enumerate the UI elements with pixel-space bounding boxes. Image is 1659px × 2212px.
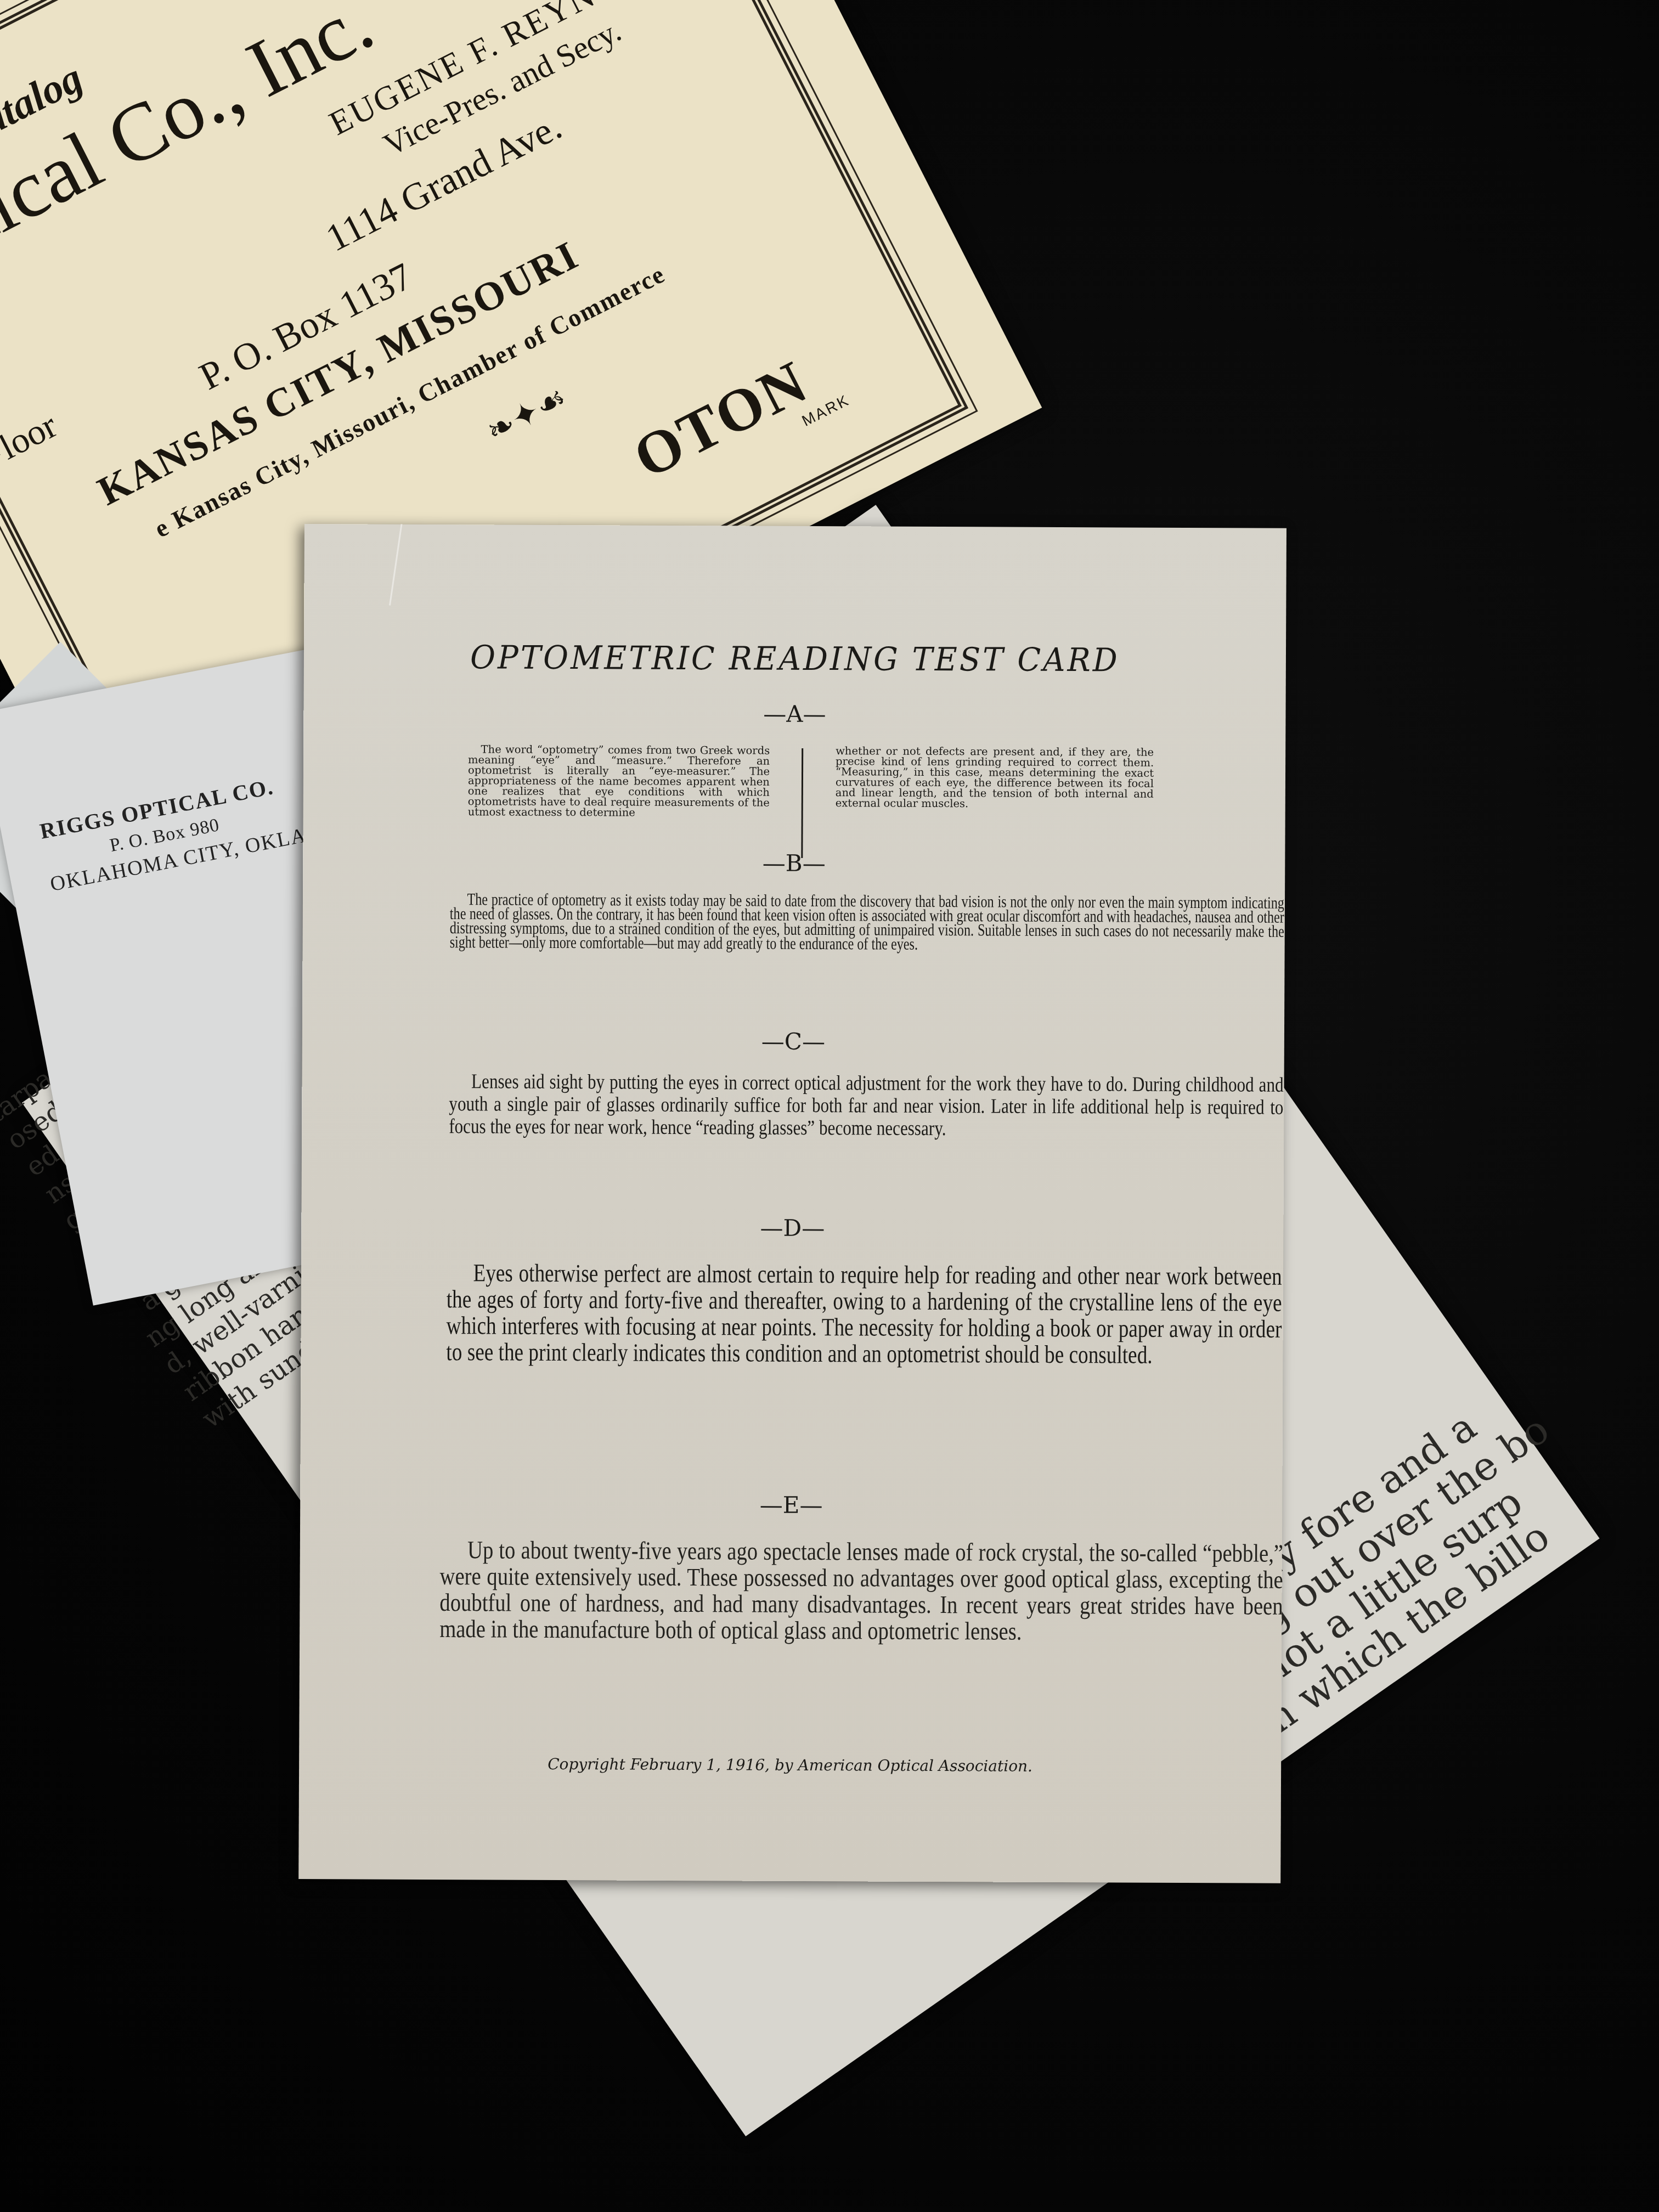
section-e-label: —E—: [300, 1489, 1282, 1521]
paragraph-text: Eyes otherwise perfect are almost certai…: [446, 1260, 1282, 1369]
section-a-column-right: whether or not defects are present and, …: [836, 746, 1154, 810]
copyright-notice: Copyright February 1, 1916, by American …: [299, 1754, 1281, 1776]
section-a-column-left: The word “optometry” comes from two Gree…: [468, 744, 770, 818]
section-c-label: —C—: [302, 1026, 1284, 1057]
section-a-label: —A—: [303, 698, 1285, 730]
column-divider: [801, 748, 803, 858]
paragraph-text: Lenses aid sight by putting the eyes in …: [449, 1070, 1284, 1142]
optometric-test-card: OPTOMETRIC READING TEST CARD —A— The wor…: [298, 524, 1286, 1883]
section-b-label: —B—: [303, 848, 1285, 879]
photo-scene: and Catalog Optical Co., Inc. EUGENE F. …: [0, 0, 1659, 2212]
section-d-paragraph: Eyes otherwise perfect are almost certai…: [446, 1260, 1282, 1369]
section-d-label: —D—: [301, 1212, 1283, 1244]
card-title: OPTOMETRIC READING TEST CARD: [304, 638, 1286, 680]
section-b-paragraph: The practice of optometry as it exists t…: [450, 892, 1284, 953]
paper-crease: [389, 524, 413, 607]
section-c-paragraph: Lenses aid sight by putting the eyes in …: [449, 1070, 1284, 1142]
paragraph-text: The practice of optometry as it exists t…: [450, 892, 1284, 953]
section-e-paragraph: Up to about twenty-five years ago specta…: [439, 1537, 1283, 1646]
paragraph-text: Up to about twenty-five years ago specta…: [439, 1537, 1283, 1646]
